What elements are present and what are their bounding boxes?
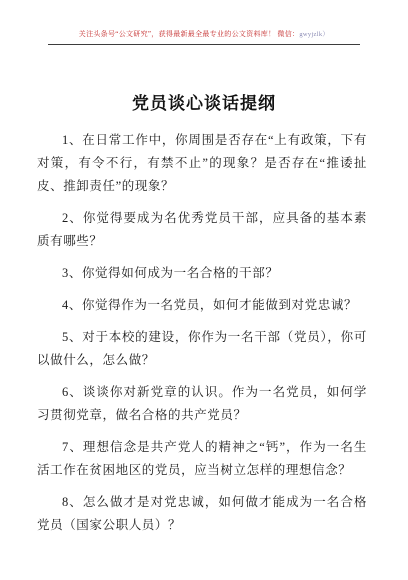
paragraph: 2、你觉得要成为名优秀党员干部，应具备的基本素质有哪些？ <box>37 207 367 253</box>
paragraph: 8、怎么做才是对党忠诚，如何做才能成为一名合格党员（国家公职人员）？ <box>37 491 367 537</box>
paragraph: 7、理想信念是共产党人的精神之“钙”，作为一名生活工作在贫困地区的党员，应当树立… <box>37 436 367 482</box>
paragraph: 1、在日常工作中，你周围是否存在“上有政策，下有对策，有令不行，有禁不止”的现象… <box>37 129 367 198</box>
document-title: 党员谈心谈话提纲 <box>0 89 408 114</box>
paragraph: 3、你觉得如何成为一名合格的干部？ <box>37 262 367 285</box>
header-wechat-code: gwyjzlk） <box>299 31 329 38</box>
paragraph: 4、你觉得作为一名党员，如何才能做到对党忠诚？ <box>37 294 367 317</box>
header-notice-text: 关注头条号“公文研究”，获得最新最全最专业的公文资料库！ 微信：gwyjzlk） <box>79 30 329 38</box>
page-header: 关注头条号“公文研究”，获得最新最全最专业的公文资料库！ 微信：gwyjzlk） <box>0 0 408 45</box>
header-rule <box>48 44 360 45</box>
document-body: 1、在日常工作中，你周围是否存在“上有政策，下有对策，有令不行，有禁不止”的现象… <box>37 129 367 537</box>
header-notice-main: 关注头条号“公文研究”，获得最新最全最专业的公文资料库！ 微信： <box>79 30 300 38</box>
document-page: 关注头条号“公文研究”，获得最新最全最专业的公文资料库！ 微信：gwyjzlk）… <box>0 0 408 580</box>
paragraph: 5、对于本校的建设，你作为一名干部（党员），你可以做什么，怎么做？ <box>37 326 367 372</box>
paragraph: 6、谈谈你对新党章的认识。作为一名党员，如何学习贯彻党章，做名合格的共产党员？ <box>37 381 367 427</box>
